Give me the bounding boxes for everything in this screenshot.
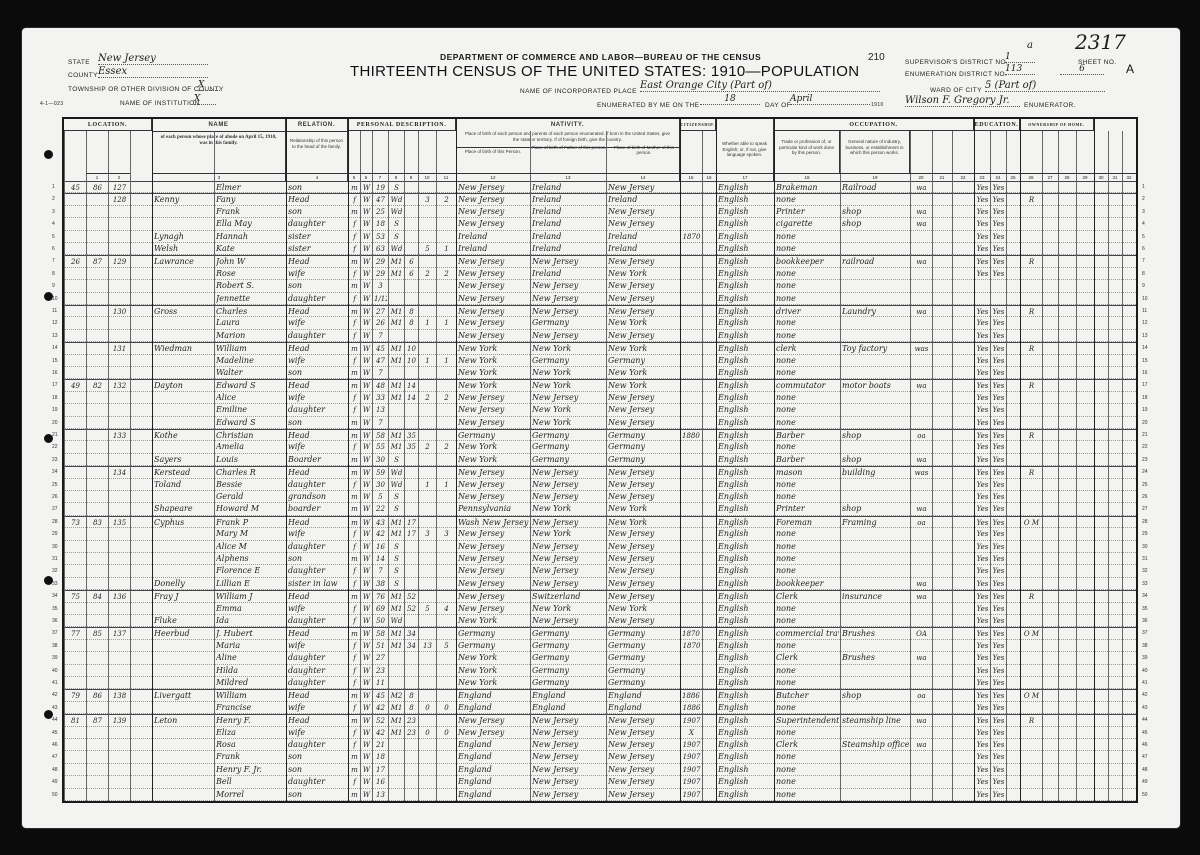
- cell-surname: Toland: [154, 479, 213, 491]
- cell-given: Kate: [216, 243, 285, 255]
- cell-surname: [154, 417, 213, 429]
- census-row: 7986138LivergattWilliamHeadmW45M28Englan…: [64, 689, 1136, 701]
- line-number: 27: [1142, 506, 1148, 512]
- cell-dwelling: 87: [88, 256, 107, 268]
- cell-read: Yes: [976, 503, 989, 515]
- cell-write: Yes: [992, 665, 1005, 677]
- cell-age: 7: [374, 330, 387, 342]
- census-row: RosewifefW29M1622New JerseyIrelandNew Yo…: [64, 268, 1136, 280]
- cell-trade: none: [776, 751, 839, 763]
- cell-family: 129: [110, 256, 129, 268]
- cell-race: W: [362, 441, 371, 453]
- cell-mother: Germany: [608, 652, 679, 664]
- cell-age: 1/12: [374, 293, 387, 305]
- cell-mother: New York: [608, 380, 679, 392]
- institution-label: NAME OF INSTITUTION: [120, 100, 200, 107]
- cell-race: W: [362, 751, 371, 763]
- column-divider: [774, 119, 775, 801]
- column-divider: [1006, 131, 1007, 801]
- cell-mother: Germany: [608, 355, 679, 367]
- cell-sex: f: [350, 218, 359, 230]
- cell-father: New York: [532, 528, 605, 540]
- cell-sex: f: [350, 677, 359, 689]
- cell-write: Yes: [992, 789, 1005, 801]
- cell-lang: English: [718, 789, 773, 801]
- cell-yrs-married: 10: [406, 355, 417, 367]
- census-row: AlicewifefW33M11422New JerseyNew JerseyN…: [64, 392, 1136, 404]
- cell-given: Lillian E: [216, 578, 285, 590]
- cell-surname: Kerstead: [154, 467, 213, 479]
- line-number: 8: [1142, 271, 1145, 277]
- cell-surname: [154, 677, 213, 689]
- cell-given: Hilda: [216, 665, 285, 677]
- line-number: 12: [1142, 320, 1148, 326]
- column-number: 23: [974, 173, 990, 181]
- institution-field: X: [194, 94, 216, 105]
- cell-relation: wife: [288, 702, 347, 714]
- cell-birth: New York: [458, 615, 529, 627]
- cell-mother: New Jersey: [608, 479, 679, 491]
- ward-field: 5 (Part of): [985, 80, 1105, 92]
- census-row: GeraldgrandsonmW5SNew JerseyNew JerseyNe…: [64, 491, 1136, 503]
- relation-column-desc: Relationship of this person to the head …: [286, 132, 347, 155]
- cell-living: 2: [438, 441, 455, 453]
- cell-trade: none: [776, 665, 839, 677]
- cell-marital: Wd: [390, 243, 403, 255]
- cell-age: 17: [374, 764, 387, 776]
- cell-trade: Brakeman: [776, 182, 839, 194]
- cell-born: 1: [420, 479, 435, 491]
- cell-own: O M: [1022, 690, 1041, 702]
- cell-sex: m: [350, 206, 359, 218]
- cell-father: New Jersey: [532, 739, 605, 751]
- cell-lang: English: [718, 739, 773, 751]
- cell-street: 81: [66, 715, 85, 727]
- cell-race: W: [362, 517, 371, 529]
- cell-read: Yes: [976, 702, 989, 714]
- cell-given: Emiline: [216, 404, 285, 416]
- cell-sex: f: [350, 355, 359, 367]
- line-number: 12: [52, 320, 58, 326]
- place-label: NAME OF INCORPORATED PLACE: [520, 88, 637, 95]
- cell-write: Yes: [992, 317, 1005, 329]
- line-number: 25: [1142, 482, 1148, 488]
- column-number: 31: [1108, 173, 1122, 181]
- cell-industry: motor boats: [842, 380, 909, 392]
- cell-family: 138: [110, 690, 129, 702]
- cell-mother: New Jersey: [608, 404, 679, 416]
- column-divider: [64, 131, 65, 801]
- column-number: 26: [1020, 173, 1042, 181]
- cell-living: 1: [438, 355, 455, 367]
- cell-sex: m: [350, 690, 359, 702]
- cell-lang: English: [718, 380, 773, 392]
- cell-write: Yes: [992, 218, 1005, 230]
- cell-read: Yes: [976, 628, 989, 640]
- cell-lang: English: [718, 727, 773, 739]
- group-occupation: OCCUPATION.: [774, 119, 974, 131]
- column-number: 6: [360, 173, 372, 181]
- cell-write: Yes: [992, 404, 1005, 416]
- column-number: 9: [404, 173, 418, 181]
- cell-own: R: [1022, 380, 1041, 392]
- cell-read: Yes: [976, 727, 989, 739]
- place-field: East Orange City (Part of): [640, 80, 880, 92]
- cell-sex: m: [350, 280, 359, 292]
- cell-mother: New Jersey: [608, 280, 679, 292]
- cell-father: Germany: [532, 652, 605, 664]
- cell-born: 2: [420, 392, 435, 404]
- column-number: 8: [388, 173, 404, 181]
- cell-race: W: [362, 218, 371, 230]
- cell-trade: none: [776, 528, 839, 540]
- cell-age: 5: [374, 491, 387, 503]
- cell-write: Yes: [992, 330, 1005, 342]
- cell-write: Yes: [992, 430, 1005, 442]
- cell-given: Walter: [216, 367, 285, 379]
- cell-dwelling: 87: [88, 715, 107, 727]
- cell-birth: New Jersey: [458, 256, 529, 268]
- line-number: 24: [1142, 469, 1148, 475]
- census-row: RosadaughterfW21EnglandNew JerseyNew Jer…: [64, 739, 1136, 751]
- line-number: 26: [1142, 494, 1148, 500]
- cell-father: New Jersey: [532, 715, 605, 727]
- cell-race: W: [362, 665, 371, 677]
- cell-family: 135: [110, 517, 129, 529]
- cell-race: W: [362, 306, 371, 318]
- cell-surname: Dayton: [154, 380, 213, 392]
- cell-write: Yes: [992, 441, 1005, 453]
- cell-family: 139: [110, 715, 129, 727]
- cell-lang: English: [718, 665, 773, 677]
- group-citizenship: CITIZENSHIP.: [680, 119, 716, 131]
- cell-father: New Jersey: [532, 751, 605, 763]
- enumerated-label: ENUMERATED BY ME ON THE: [597, 102, 699, 109]
- cell-emp: wa: [912, 591, 931, 603]
- line-number: 7: [1142, 258, 1145, 264]
- line-number: 47: [52, 754, 58, 760]
- census-row: AmeliawifefW55M13522New YorkGermanyGerma…: [64, 441, 1136, 453]
- cell-write: Yes: [992, 517, 1005, 529]
- cell-mother: New Jersey: [608, 751, 679, 763]
- cell-marital: M1: [390, 702, 403, 714]
- line-number: 45: [1142, 730, 1148, 736]
- column-divider: [418, 131, 419, 801]
- cell-race: W: [362, 280, 371, 292]
- line-number: 10: [52, 296, 58, 302]
- cell-mother: Germany: [608, 640, 679, 652]
- line-number: 10: [1142, 296, 1148, 302]
- cell-sex: f: [350, 243, 359, 255]
- cell-age: 21: [374, 739, 387, 751]
- census-row: MariawifefW51M134135GermanyGermanyGerman…: [64, 640, 1136, 652]
- column-divider: [716, 119, 717, 801]
- cell-surname: Shapeare: [154, 503, 213, 515]
- cell-write: Yes: [992, 553, 1005, 565]
- cell-read: Yes: [976, 306, 989, 318]
- cell-street: 73: [66, 517, 85, 529]
- cell-relation: wife: [288, 317, 347, 329]
- line-number: 22: [1142, 444, 1148, 450]
- form-code: 4-1—023: [40, 101, 63, 107]
- cell-read: Yes: [976, 541, 989, 553]
- line-number: 28: [1142, 519, 1148, 525]
- cell-age: 26: [374, 317, 387, 329]
- cell-emp: wa: [912, 218, 931, 230]
- cell-age: 27: [374, 306, 387, 318]
- census-row: FrancisewifefW42M1800EnglandEnglandEngla…: [64, 702, 1136, 714]
- line-number: 9: [52, 283, 55, 289]
- cell-age: 47: [374, 355, 387, 367]
- cell-trade: none: [776, 615, 839, 627]
- cell-write: Yes: [992, 392, 1005, 404]
- cell-marital: S: [390, 553, 403, 565]
- cell-father: Ireland: [532, 206, 605, 218]
- line-number: 38: [1142, 643, 1148, 649]
- line-number: 18: [1142, 395, 1148, 401]
- column-number: 27: [1042, 173, 1058, 181]
- group-personal: PERSONAL DESCRIPTION.: [348, 119, 456, 131]
- column-divider: [1108, 131, 1109, 801]
- line-number: 23: [1142, 457, 1148, 463]
- cell-sex: f: [350, 578, 359, 590]
- cell-surname: Gross: [154, 306, 213, 318]
- cell-surname: Kenny: [154, 194, 213, 206]
- column-number: 17: [716, 173, 774, 181]
- line-number: 30: [52, 544, 58, 550]
- cell-age: 53: [374, 231, 387, 243]
- cell-sex: m: [350, 553, 359, 565]
- cell-birth: New Jersey: [458, 206, 529, 218]
- column-number: 18: [774, 173, 840, 181]
- cell-relation: son: [288, 751, 347, 763]
- cell-read: Yes: [976, 206, 989, 218]
- cell-emp: was: [912, 467, 931, 479]
- cell-father: New York: [532, 343, 605, 355]
- cell-surname: [154, 776, 213, 788]
- line-number: 25: [52, 482, 58, 488]
- line-number: 32: [1142, 568, 1148, 574]
- cell-trade: none: [776, 702, 839, 714]
- cell-mother: New York: [608, 317, 679, 329]
- line-number: 15: [52, 358, 58, 364]
- cell-surname: [154, 640, 213, 652]
- cell-given: Amelia: [216, 441, 285, 453]
- cell-lang: English: [718, 330, 773, 342]
- column-number: 24: [990, 173, 1006, 181]
- cell-read: Yes: [976, 776, 989, 788]
- column-number: 15: [680, 173, 702, 181]
- cell-birth: England: [458, 776, 529, 788]
- cell-relation: grandson: [288, 491, 347, 503]
- cell-relation: daughter: [288, 541, 347, 553]
- cell-age: 47: [374, 194, 387, 206]
- cell-given: John W: [216, 256, 285, 268]
- cell-trade: none: [776, 231, 839, 243]
- cell-trade: none: [776, 404, 839, 416]
- cell-emp: wa: [912, 380, 931, 392]
- column-number: 1: [86, 173, 108, 181]
- cell-industry: shop: [842, 454, 909, 466]
- cell-sex: f: [350, 739, 359, 751]
- cell-birth: England: [458, 739, 529, 751]
- cell-relation: Head: [288, 517, 347, 529]
- cell-father: Germany: [532, 677, 605, 689]
- cell-sex: m: [350, 182, 359, 194]
- cell-age: 3: [374, 280, 387, 292]
- day-of-label: DAY OF: [765, 102, 791, 109]
- census-row: 133KotheChristianHeadmW58M135GermanyGerm…: [64, 429, 1136, 441]
- cell-sex: f: [350, 528, 359, 540]
- line-number: 28: [52, 519, 58, 525]
- cell-trade: none: [776, 367, 839, 379]
- cell-relation: daughter: [288, 677, 347, 689]
- cell-sex: f: [350, 231, 359, 243]
- cell-surname: [154, 441, 213, 453]
- cell-surname: Heerbud: [154, 628, 213, 640]
- cell-race: W: [362, 355, 371, 367]
- cell-trade: Barber: [776, 430, 839, 442]
- sheet-field: 6: [1060, 64, 1104, 75]
- cell-race: W: [362, 628, 371, 640]
- cell-lang: English: [718, 715, 773, 727]
- cell-trade: none: [776, 417, 839, 429]
- cell-mother: New Jersey: [608, 615, 679, 627]
- cell-relation: Head: [288, 690, 347, 702]
- cell-age: 58: [374, 430, 387, 442]
- cell-age: 23: [374, 665, 387, 677]
- cell-mother: New Jersey: [608, 417, 679, 429]
- cell-write: Yes: [992, 268, 1005, 280]
- cell-mother: Germany: [608, 454, 679, 466]
- cell-sex: m: [350, 417, 359, 429]
- cell-surname: [154, 355, 213, 367]
- cell-relation: daughter: [288, 404, 347, 416]
- cell-birth: New York: [458, 454, 529, 466]
- line-number: 18: [52, 395, 58, 401]
- cell-own: R: [1022, 306, 1041, 318]
- cell-mother: New York: [608, 268, 679, 280]
- cell-father: Ireland: [532, 182, 605, 194]
- cell-lang: English: [718, 231, 773, 243]
- cell-read: Yes: [976, 243, 989, 255]
- cell-read: Yes: [976, 231, 989, 243]
- cell-write: Yes: [992, 677, 1005, 689]
- cell-age: 45: [374, 690, 387, 702]
- cell-yrs-married: 6: [406, 256, 417, 268]
- cell-birth: New Jersey: [458, 392, 529, 404]
- cell-lang: English: [718, 776, 773, 788]
- cell-birth: New Jersey: [458, 317, 529, 329]
- cell-race: W: [362, 256, 371, 268]
- cell-yrs-married: 8: [406, 306, 417, 318]
- cell-yrs-married: 35: [406, 430, 417, 442]
- cell-given: Charles: [216, 306, 285, 318]
- cell-read: Yes: [976, 578, 989, 590]
- cell-given: Jennette: [216, 293, 285, 305]
- cell-relation: son: [288, 280, 347, 292]
- cell-birth: Germany: [458, 640, 529, 652]
- cell-given: Bessie: [216, 479, 285, 491]
- cell-birth: New York: [458, 652, 529, 664]
- line-number: 21: [1142, 432, 1148, 438]
- cell-marital: M1: [390, 628, 403, 640]
- census-row: 2687129LawranceJohn WHeadmW29M16New Jers…: [64, 255, 1136, 267]
- cell-surname: [154, 392, 213, 404]
- cell-yrs-married: 8: [406, 702, 417, 714]
- cell-race: W: [362, 330, 371, 342]
- column-divider: [436, 131, 437, 801]
- cell-surname: [154, 789, 213, 801]
- cell-given: William: [216, 343, 285, 355]
- column-number: 20: [910, 173, 932, 181]
- cell-surname: Donelly: [154, 578, 213, 590]
- cell-family: 130: [110, 306, 129, 318]
- cell-race: W: [362, 467, 371, 479]
- cell-father: New Jersey: [532, 615, 605, 627]
- cell-father: Germany: [532, 317, 605, 329]
- census-row: HildadaughterfW23New YorkGermanyGermanyE…: [64, 665, 1136, 677]
- cell-lang: English: [718, 430, 773, 442]
- column-number: 13: [530, 173, 606, 181]
- column-divider: [286, 119, 287, 801]
- census-row: AlinedaughterfW27New YorkGermanyGermanyE…: [64, 652, 1136, 664]
- cell-read: Yes: [976, 528, 989, 540]
- stamp-letter: a: [1027, 40, 1033, 51]
- cell-lang: English: [718, 503, 773, 515]
- cell-marital: S: [390, 454, 403, 466]
- cell-yrs-married: 52: [406, 591, 417, 603]
- cell-given: Hannah: [216, 231, 285, 243]
- cell-lang: English: [718, 367, 773, 379]
- cell-age: 16: [374, 541, 387, 553]
- census-row: 128KennyFanyHeadfW47Wd32New JerseyIrelan…: [64, 193, 1136, 205]
- census-row: 7785137HeerbudJ. HubertHeadmW58M134Germa…: [64, 627, 1136, 639]
- census-row: DonellyLillian Esister in lawfW38SNew Je…: [64, 578, 1136, 590]
- cell-born: 13: [420, 640, 435, 652]
- cell-emp: wa: [912, 652, 931, 664]
- cell-mother: Ireland: [608, 194, 679, 206]
- cell-marital: M1: [390, 715, 403, 727]
- line-number: 5: [1142, 234, 1145, 240]
- line-number: 20: [52, 420, 58, 426]
- cell-relation: daughter: [288, 665, 347, 677]
- column-divider: [990, 131, 991, 801]
- column-divider: [910, 131, 911, 801]
- cell-race: W: [362, 392, 371, 404]
- cell-trade: commutator: [776, 380, 839, 392]
- column-divider: [388, 131, 389, 801]
- cell-born: 3: [420, 194, 435, 206]
- cell-father: New Jersey: [532, 256, 605, 268]
- cell-emp: wa: [912, 256, 931, 268]
- cell-given: Robert S.: [216, 280, 285, 292]
- cell-marital: M1: [390, 355, 403, 367]
- cell-race: W: [362, 243, 371, 255]
- cell-write: Yes: [992, 454, 1005, 466]
- cell-father: New Jersey: [532, 280, 605, 292]
- cell-read: Yes: [976, 491, 989, 503]
- cell-dwelling: 83: [88, 517, 107, 529]
- cell-given: Laura: [216, 317, 285, 329]
- line-number: 14: [1142, 345, 1148, 351]
- cell-age: 7: [374, 417, 387, 429]
- cell-mother: New Jersey: [608, 330, 679, 342]
- cell-mother: New Jersey: [608, 727, 679, 739]
- census-row: ShapeareHoward MboardermW22SPennsylvania…: [64, 503, 1136, 515]
- stamp-number: 2317: [1075, 30, 1126, 54]
- cell-dwelling: 85: [88, 628, 107, 640]
